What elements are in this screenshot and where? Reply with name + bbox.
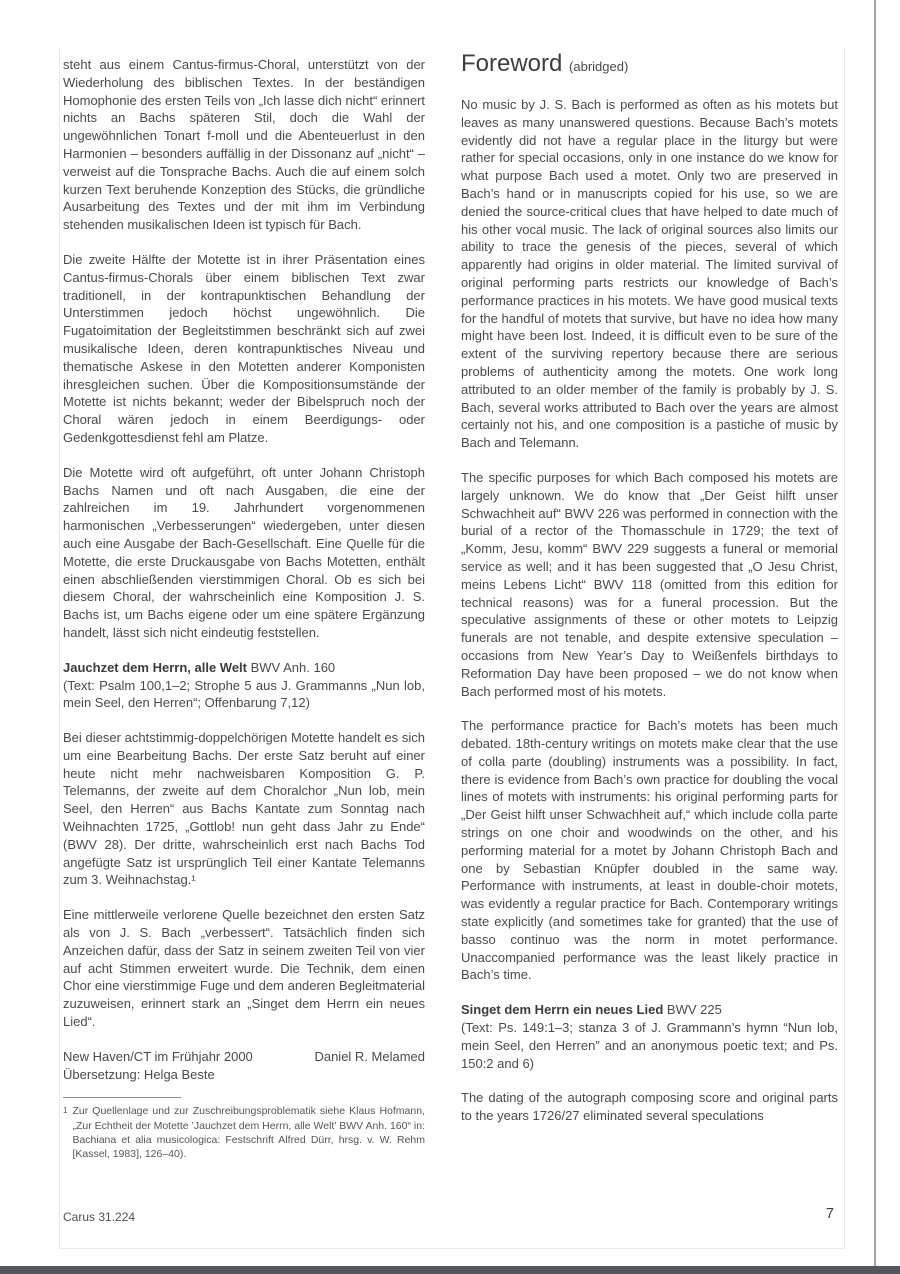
work-bwv-number: BWV 225 xyxy=(663,1002,722,1017)
footnote-marker: 1 xyxy=(63,1104,67,1161)
paragraph: Bei dieser achtstimmig-doppelchörigen Mo… xyxy=(63,729,425,889)
work-title: Singet dem Herrn ein neues Lied xyxy=(461,1002,663,1017)
paragraph: The specific purposes for which Bach com… xyxy=(461,469,838,700)
page-number: 7 xyxy=(826,1206,834,1222)
footnote-text: Zur Quellenlage und zur Zuschreibungspro… xyxy=(72,1104,425,1161)
paragraph: The dating of the autograph composing sc… xyxy=(461,1089,838,1125)
viewer-frame-line xyxy=(874,0,876,1274)
viewer-bottom-bar xyxy=(0,1266,900,1274)
work-text-source-note: (Text: Ps. 149:1–3; stanza 3 of J. Gramm… xyxy=(461,1019,838,1072)
paragraph: Die zweite Hälfte der Motette ist in ihr… xyxy=(63,251,425,447)
signature-block: New Haven/CT im Frühjahr 2000 Daniel R. … xyxy=(63,1048,425,1084)
foreword-title: Foreword (abridged) xyxy=(461,50,838,81)
german-text-column: steht aus einem Cantus-firmus-Choral, un… xyxy=(63,56,425,1161)
work-text-source-note: (Text: Psalm 100,1–2; Strophe 5 aus J. G… xyxy=(63,677,425,713)
catalog-number: Carus 31.224 xyxy=(63,1210,135,1224)
work-bwv-number: BWV Anh. 160 xyxy=(247,660,335,675)
signature-author: Daniel R. Melamed xyxy=(314,1048,425,1066)
paragraph: steht aus einem Cantus-firmus-Choral, un… xyxy=(63,56,425,234)
paragraph: The performance practice for Bach’s mote… xyxy=(461,717,838,984)
footnote-separator xyxy=(63,1097,181,1098)
footnote: 1 Zur Quellenlage und zur Zuschreibungsp… xyxy=(63,1104,425,1161)
signature-place-date: New Haven/CT im Frühjahr 2000 xyxy=(63,1048,253,1066)
foreword-title-text: Foreword xyxy=(461,50,562,77)
work-title-heading: Jauchzet dem Herrn, alle Welt BWV Anh. 1… xyxy=(63,659,425,677)
paragraph: Die Motette wird oft aufgeführt, oft unt… xyxy=(63,464,425,642)
paragraph: Eine mittlerweile verlorene Quelle bezei… xyxy=(63,906,425,1031)
signature-translator: Übersetzung: Helga Beste xyxy=(63,1066,425,1084)
work-title-heading: Singet dem Herrn ein neues Lied BWV 225 xyxy=(461,1001,838,1019)
paragraph: No music by J. S. Bach is performed as o… xyxy=(461,96,838,452)
work-title: Jauchzet dem Herrn, alle Welt xyxy=(63,660,247,675)
english-text-column: Foreword (abridged) No music by J. S. Ba… xyxy=(461,50,838,1142)
foreword-abridged-note: (abridged) xyxy=(569,59,628,74)
